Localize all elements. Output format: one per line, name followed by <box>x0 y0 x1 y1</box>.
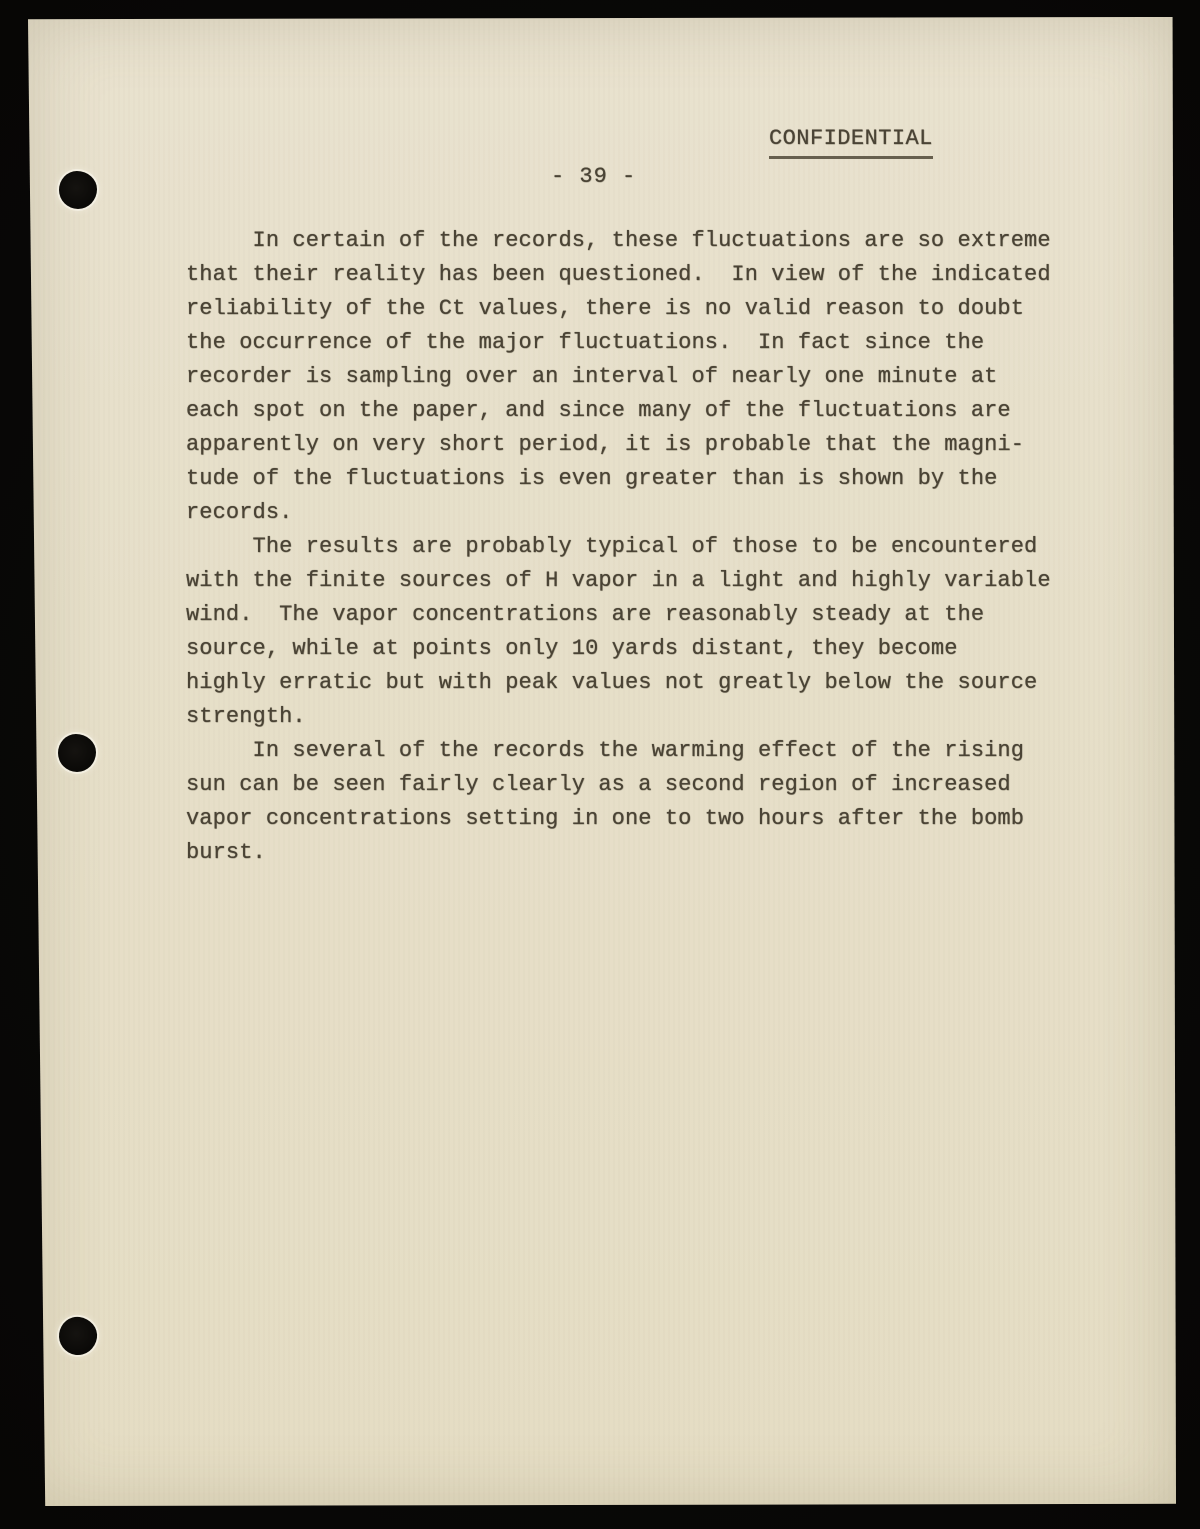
paragraph-warming-effect: In several of the records the warming ef… <box>186 734 1116 870</box>
paragraph-fluctuations: In certain of the records, these fluctua… <box>186 224 1116 530</box>
classification-stamp: CONFIDENTIAL <box>769 127 933 159</box>
page-number: - 39 - <box>551 165 636 189</box>
hole-punch-middle <box>58 734 96 772</box>
hole-punch-top <box>59 171 97 209</box>
document-body: In certain of the records, these fluctua… <box>186 224 1116 870</box>
document-page: CONFIDENTIAL - 39 - In certain of the re… <box>28 17 1176 1506</box>
scan-background: CONFIDENTIAL - 39 - In certain of the re… <box>0 0 1200 1529</box>
hole-punch-bottom <box>57 1315 100 1358</box>
paragraph-results: The results are probably typical of thos… <box>186 530 1116 734</box>
